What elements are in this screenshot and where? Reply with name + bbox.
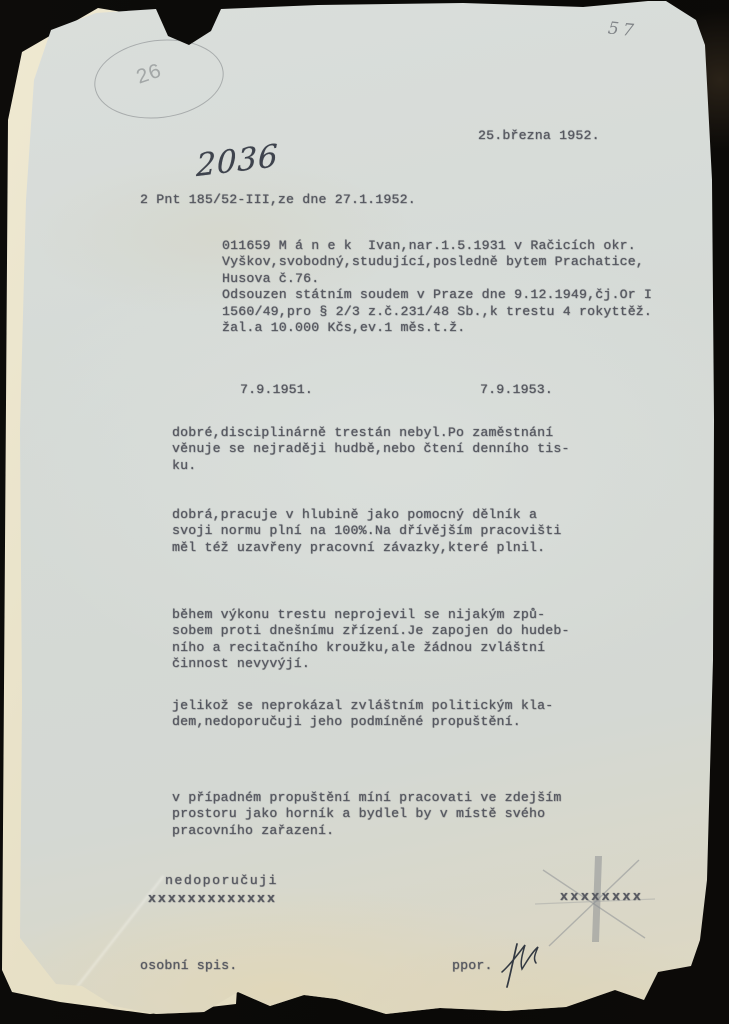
paragraph-work: dobrá,pracuje v hlubině jako pomocný děl… — [172, 507, 561, 556]
verdict-strikeout-row: xxxxxxxxxxxxx — [148, 891, 277, 907]
paragraph-attitude: během výkonu trestu neprojevil se nijaký… — [172, 607, 570, 673]
verdict-word: nedoporučuji — [165, 873, 278, 889]
paragraph-release-plan: v případném propuštění míní pracovati ve… — [172, 790, 561, 839]
paragraph-conduct: dobré,disciplinárně trestán nebyl.Po zam… — [172, 425, 570, 474]
pencil-circle-mark: 26 — [90, 32, 229, 125]
corner-page-number: 57 — [607, 19, 639, 42]
document-date: 25.března 1952. — [478, 128, 600, 144]
footer-left: osobní spis. — [140, 958, 237, 974]
scanned-document-photo: 26 57 25.března 1952. 2036 2 Pnt 185/52-… — [0, 0, 729, 1024]
sentence-start-date: 7.9.1951. — [240, 382, 313, 398]
circled-number: 26 — [133, 61, 164, 91]
footer-rank: ppor. — [452, 958, 493, 974]
handwritten-file-number: 2036 — [196, 138, 279, 184]
sentence-end-date: 7.9.1953. — [480, 382, 553, 398]
signature-mark — [500, 940, 544, 990]
right-mark-x-row: xxxxxxxx — [560, 889, 643, 905]
reference-line: 2 Pnt 185/52-III,ze dne 27.1.1952. — [140, 192, 416, 208]
document-page: 26 57 25.března 1952. 2036 2 Pnt 185/52-… — [8, 0, 714, 1022]
paragraph-recommendation: jelikož se neprokázal zvláštním politick… — [172, 698, 553, 731]
subject-block: 011659 M á n e k Ivan,nar.1.5.1931 v Rač… — [222, 238, 652, 336]
